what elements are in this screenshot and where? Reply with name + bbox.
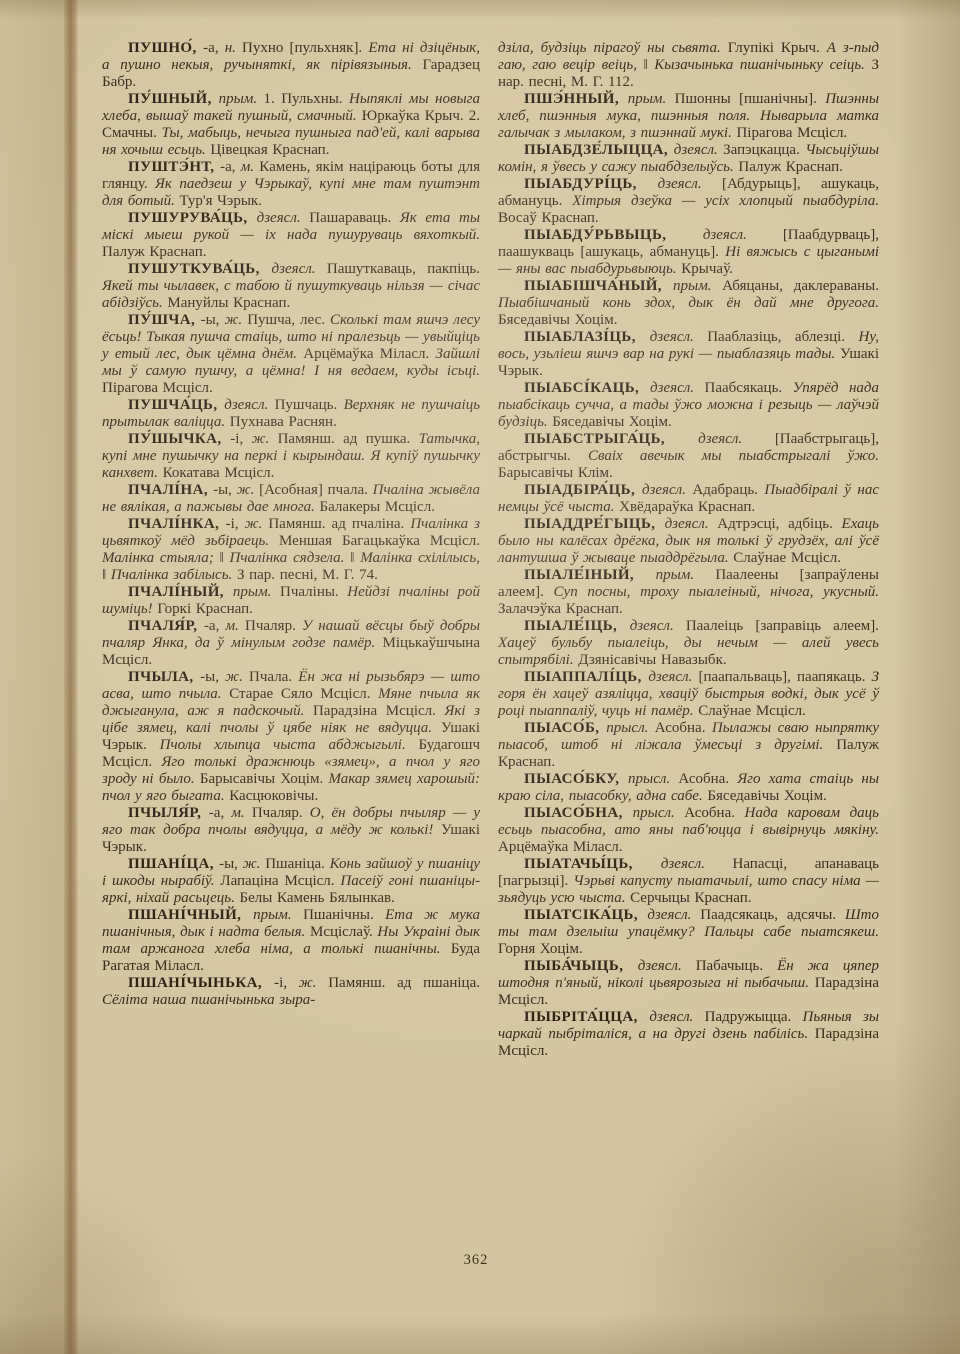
entry-example-text: м. [226, 618, 246, 634]
entry-plain-text: Памянш. ад пчаліна. [268, 516, 410, 532]
dictionary-entry: ПЫАППАЛІ́ЦЬ, дзеясл. [паапальваць], паап… [498, 669, 879, 720]
entry-example-text: Пыабішчаный конь здох, дык ён дай мне др… [498, 295, 879, 311]
entry-plain-text: Тур'я Чэрык. [180, 193, 262, 209]
entry-plain-text: Пірагова Мсцісл. [102, 380, 213, 396]
entry-headword: ПЧЫЛА, [128, 669, 200, 685]
entry-plain-text: Пабачыць. [696, 958, 777, 974]
entry-headword: ПЧАЛІ́НКА, [128, 516, 226, 532]
dictionary-entry: ПЫАБДУРІ́ЦЬ, дзеясл. [Абдурыць], ашукаць… [498, 176, 879, 227]
entry-plain-text: -ы, [219, 856, 243, 872]
entry-plain-text: Пшанічны. [303, 907, 385, 923]
entry-headword: ПЧАЛІ́НА, [128, 482, 213, 498]
left-text-column: ПУШНО́, -а, н. Пухно [пульхняк]. Ета ні … [102, 40, 480, 1009]
entry-plain-text: Арцёмаўка Міласл. [498, 839, 622, 855]
dictionary-entry: ПУШУТКУВА́ЦЬ, дзеясл. Пашуткаваць, пакпі… [102, 261, 480, 312]
dictionary-entry: ПЫБА́ЧЫЦЬ, дзеясл. Пабачыць. Ён жа цяпер… [498, 958, 879, 1009]
entry-plain-text: Хвёдараўка Краснап. [619, 499, 755, 515]
dictionary-entry: ПУ́ШНЫЙ, прым. 1. Пульхны. Ныпяклі мы но… [102, 91, 480, 159]
entry-headword: ПЫАСО́БКУ, [524, 771, 628, 787]
entry-plain-text: Слаўнае Мсцісл. [733, 550, 841, 566]
entry-headword: ПЧАЛІ́НЫЙ, [128, 584, 233, 600]
entry-example-text: ж. [245, 516, 269, 532]
page-number: 362 [0, 1252, 952, 1269]
entry-plain-text: -а, [204, 618, 226, 634]
entry-plain-text: Залачэўка Краснап. [498, 601, 623, 617]
entry-example-text: прым. [233, 584, 280, 600]
entry-plain-text: З пар. песні, М. Г. 74. [237, 567, 378, 583]
entry-plain-text: -ы, [213, 482, 237, 498]
entry-example-text: прым. [628, 91, 675, 107]
entry-plain-text: Глупікі Крыч. [728, 40, 827, 56]
entry-plain-text: Дзянісавічы Навазыбк. [578, 652, 726, 668]
entry-plain-text: [паапальваць], паапякаць. [698, 669, 871, 685]
entry-plain-text: -ы, [200, 669, 225, 685]
dictionary-entry: ПЫАТАЧЫ́ЦЬ, дзеясл. Напасці, апанаваць [… [498, 856, 879, 907]
entry-example-text: Як паедзеш у Чэрыкаў, купі мне там пуштэ… [102, 176, 480, 209]
entry-headword: ПУ́ШЧА, [128, 312, 201, 328]
dictionary-entry: ПЫАБЛАЗІ́ЦЬ, дзеясл. Пааблазіць, аблезці… [498, 329, 879, 380]
entry-example-text: прысл. [628, 771, 678, 787]
entry-headword: ПЫАППАЛІ́ЦЬ, [524, 669, 648, 685]
page-gutter-edge [64, 0, 78, 1354]
entry-example-text: дзеясл. [650, 329, 707, 345]
entry-plain-text: Мануйлы Краснап. [167, 295, 290, 311]
entry-example-text: дзеясл. [649, 1009, 704, 1025]
entry-plain-text: Асобна. [655, 720, 712, 736]
entry-plain-text: Бяседавічы Хоцім. [498, 312, 617, 328]
entry-plain-text: Абяцаны, даклераваны. [722, 278, 879, 294]
entry-example-text: Сваіх авечык мы пыабстрыгалі ўжо. [588, 448, 879, 464]
entry-plain-text: Пашараваць. [309, 210, 400, 226]
dictionary-entry: ПЫАСО́БНА, прысл. Асобна. Нада каровам д… [498, 805, 879, 856]
entry-example-text: прым. [656, 567, 716, 583]
entry-plain-text: 1. Пульхны. [264, 91, 349, 107]
dictionary-entry: ПУ́ШЫЧКА, -і, ж. Памянш. ад пушка. Татыч… [102, 431, 480, 482]
entry-plain-text: Серчыцы Краснап. [630, 890, 751, 906]
entry-plain-text: Кокатава Мсцісл. [163, 465, 275, 481]
entry-example-text: ж. [225, 669, 249, 685]
entry-plain-text: -і, [226, 516, 245, 532]
entry-plain-text: Горкі Краснап. [157, 601, 253, 617]
entry-headword: ПЫАБДУ́РЬВЫЦЬ, [524, 227, 703, 243]
entry-example-text: ж. [252, 431, 278, 447]
entry-headword: ПЫАДДРЕ́ГЫЦЬ, [524, 516, 665, 532]
entry-plain-text: Бяседавічы Хоцім. [552, 414, 671, 430]
dictionary-entry: дзіла, будзіць пірагоў ны сьвята. Глупік… [498, 40, 879, 91]
entry-plain-text: Запэцкацца. [723, 142, 805, 158]
dictionary-entry: ПШАНІ́ЦА, -ы, ж. Пшаніца. Конь зайшоў у … [102, 856, 480, 907]
entry-plain-text: Белы Камень Бялынкав. [240, 890, 395, 906]
dictionary-entry: ПЧАЛІ́НКА, -і, ж. Памянш. ад пчаліна. Пч… [102, 516, 480, 584]
dictionary-entry: ПШАНІ́ЧНЫЙ, прым. Пшанічны. Ета ж мука п… [102, 907, 480, 975]
entry-plain-text: Парадзіна Мсцісл. [313, 703, 445, 719]
entry-plain-text: -і, [230, 431, 251, 447]
entry-plain-text: Старае Сяло Мсцісл. [229, 686, 378, 702]
entry-headword: ПУ́ШНЫЙ, [128, 91, 219, 107]
entry-example-text: прысл. [633, 805, 685, 821]
entry-example-text: прым. [219, 91, 264, 107]
entry-example-text: дзеясл. [665, 516, 718, 532]
entry-headword: ПШЭ́ННЫЙ, [524, 91, 628, 107]
entry-plain-text: Памянш. ад пушка. [278, 431, 419, 447]
entry-headword: ПЫАТАЧЫ́ЦЬ, [524, 856, 661, 872]
entry-plain-text: Адтрэсці, адбіць. [717, 516, 841, 532]
dictionary-entry: ПШЭ́ННЫЙ, прым. Пшонны [пшанічны]. Пшэнн… [498, 91, 879, 142]
entry-example-text: дзеясл. [642, 482, 692, 498]
entry-headword: ПШАНІ́ЧЫНЬКА, [128, 975, 274, 991]
entry-example-text: дзеясл. [661, 856, 733, 872]
entry-example-text: дзеясл. [257, 210, 310, 226]
entry-example-text: дзеясл. [698, 431, 775, 447]
entry-plain-text: Памянш. ад пшаніца. [328, 975, 480, 991]
entry-plain-text: Пушчаць. [275, 397, 344, 413]
entry-example-text: н. [225, 40, 242, 56]
entry-plain-text: Слаўнае Мсцісл. [698, 703, 806, 719]
entry-headword: ПЫБРІТА́ЦЦА, [524, 1009, 649, 1025]
entry-headword: ПЫАБЛАЗІ́ЦЬ, [524, 329, 650, 345]
entry-example-text: дзеясл. [638, 958, 696, 974]
dictionary-entry: ПЫАЛЕ́ІЦЬ, дзеясл. Паалеіць [заправіць а… [498, 618, 879, 669]
entry-plain-text: Крычаў. [681, 261, 733, 277]
entry-plain-text: Падружыцца. [705, 1009, 803, 1025]
dictionary-entry: ПЫАБСТРЫГА́ЦЬ, дзеясл. [Паабстрыгаць], а… [498, 431, 879, 482]
dictionary-entry: ПЧАЛЯ́Р, -а, м. Пчаляр. У нашай вёсцы бы… [102, 618, 480, 669]
entry-headword: ПУШУРУВА́ЦЬ, [128, 210, 257, 226]
dictionary-entry: ПЫБРІТА́ЦЦА, дзеясл. Падружыцца. Пьяныя … [498, 1009, 879, 1060]
entry-plain-text: Паабсякаць. [705, 380, 793, 396]
entry-headword: ПУ́ШЫЧКА, [128, 431, 230, 447]
dictionary-entry: ПУШЧА́ЦЬ, дзеясл. Пушчаць. Верхняк не пу… [102, 397, 480, 431]
entry-headword: ПУШНО́, [128, 40, 203, 56]
entry-plain-text: Пушча, лес. [247, 312, 330, 328]
entry-headword: ПЫАСО́БНА, [524, 805, 633, 821]
entry-plain-text: Пчаляр. [245, 618, 302, 634]
entry-plain-text: Пухно [пульхняк]. [242, 40, 368, 56]
dictionary-entry: ПУШНО́, -а, н. Пухно [пульхняк]. Ета ні … [102, 40, 480, 91]
entry-plain-text: Пухнава Раснян. [230, 414, 337, 430]
entry-plain-text: Пчала. [249, 669, 298, 685]
entry-plain-text: Пчаляр. [252, 805, 310, 821]
entry-headword: ПЫАБДЗЕ́ЛЫЦЦА, [524, 142, 674, 158]
entry-example-text: ж. [224, 312, 247, 328]
entry-plain-text: -а, [220, 159, 241, 175]
entry-headword: ПЫАЛЕ́ІЦЬ, [524, 618, 630, 634]
entry-example-text: дзіла, будзіць пірагоў ны сьвята. [498, 40, 728, 56]
entry-plain-text: -а, [203, 40, 225, 56]
entry-example-text: дзеясл. [630, 618, 686, 634]
entry-headword: ПЫАСО́Б, [524, 720, 606, 736]
entry-example-text: Суп посны, троху пыалеіный, нічога, укус… [554, 584, 879, 600]
entry-plain-text: Балакеры Мсцісл. [320, 499, 435, 515]
entry-headword: ПЫАБСТРЫГА́ЦЬ, [524, 431, 698, 447]
dictionary-entry: ПЫАБДУ́РЬВЫЦЬ, дзеясл. [Паабдурваць], па… [498, 227, 879, 278]
entry-plain-text: Пшаніца. [265, 856, 329, 872]
dictionary-entry: ПЫАЛЕ́ІНЫЙ, прым. Паалеены [запраўлены а… [498, 567, 879, 618]
entry-plain-text: [Асобная] пчала. [259, 482, 373, 498]
entry-example-text: м. [231, 805, 251, 821]
entry-plain-text: Паалеіць [заправіць алеем]. [686, 618, 879, 634]
dictionary-entry: ПЫАБСІ́КАЦЬ, дзеясл. Паабсякаць. Упярёд … [498, 380, 879, 431]
entry-plain-text: Горня Хоцім. [498, 941, 583, 957]
entry-headword: ПЫБА́ЧЫЦЬ, [524, 958, 638, 974]
dictionary-entry: ПЫАБДЗЕ́ЛЫЦЦА, дзеясл. Запэцкацца. Чысьц… [498, 142, 879, 176]
entry-headword: ПЫАЛЕ́ІНЫЙ, [524, 567, 656, 583]
dictionary-entry: ПЧАЛІ́НЫЙ, прым. Пчаліны. Нейдзі пчаліны… [102, 584, 480, 618]
dictionary-entry: ПУШУРУВА́ЦЬ, дзеясл. Пашараваць. Як ета … [102, 210, 480, 261]
dictionary-entry: ПУШТЭ́НТ, -а, м. Камень, якім націраюць … [102, 159, 480, 210]
entry-example-text: дзеясл. [703, 227, 783, 243]
entry-plain-text: Асобна. [678, 771, 737, 787]
entry-plain-text: Асобна. [684, 805, 744, 821]
right-text-column: дзіла, будзіць пірагоў ны сьвята. Глупік… [498, 40, 879, 1060]
entry-headword: ПУШЧА́ЦЬ, [128, 397, 224, 413]
entry-plain-text: Пчаліны. [280, 584, 347, 600]
dictionary-entry: ПЧЫЛА, -ы, ж. Пчала. Ён жа ні рызьбярэ —… [102, 669, 480, 805]
entry-plain-text: Арцёмаўка Міласл. [303, 346, 435, 362]
entry-headword: ПЫАБІШЧА́НЫЙ, [524, 278, 673, 294]
entry-plain-text: Адабраць. [692, 482, 764, 498]
entry-example-text: ж. [299, 975, 328, 991]
entry-example-text: дзеясл. [650, 380, 704, 396]
entry-example-text: Хітрыя дзеўка — усіх хлопцый пыабдуріла. [572, 193, 879, 209]
dictionary-entry: ПУ́ШЧА, -ы, ж. Пушча, лес. Сколькі там я… [102, 312, 480, 397]
entry-example-text: Сёліта наша пшанічынька зыра- [102, 992, 315, 1008]
entry-plain-text: Бяседавічы Хоцім. [707, 788, 826, 804]
entry-plain-text: Пааблазіць, аблезці. [707, 329, 858, 345]
entry-plain-text: Касцюковічы. [229, 788, 318, 804]
entry-example-text: дзеясл. [658, 176, 722, 192]
entry-plain-text: Лапаціна Мсцісл. [220, 873, 340, 889]
dictionary-entry: ПЫАБІШЧА́НЫЙ, прым. Абяцаны, даклераваны… [498, 278, 879, 329]
entry-headword: ПЫАБДУРІ́ЦЬ, [524, 176, 658, 192]
dictionary-entry: ПЫАСО́БКУ, прысл. Асобна. Яго хата стаіц… [498, 771, 879, 805]
entry-headword: ПЫАДБІРА́ЦЬ, [524, 482, 642, 498]
entry-plain-text: Палуж Краснап. [102, 244, 207, 260]
entry-example-text: м. [241, 159, 260, 175]
entry-example-text: дзеясл. [647, 907, 700, 923]
entry-headword: ПШАНІ́ЦА, [128, 856, 219, 872]
entry-example-text: дзеясл. [224, 397, 274, 413]
entry-example-text: дзеясл. [272, 261, 327, 277]
entry-plain-text: Меншая Багацькаўка Мсцісл. [279, 533, 480, 549]
entry-headword: ПШАНІ́ЧНЫЙ, [128, 907, 253, 923]
entry-example-text: Якей ты чылавек, с табою й пушуткуваць н… [102, 278, 480, 311]
entry-plain-text: Барысавічы Хоцім. [200, 771, 329, 787]
entry-plain-text: Пшонны [пшанічны]. [675, 91, 826, 107]
dictionary-entry: ПШАНІ́ЧЫНЬКА, -і, ж. Памянш. ад пшаніца.… [102, 975, 480, 1009]
entry-example-text: ж. [237, 482, 259, 498]
entry-plain-text: -і, [274, 975, 299, 991]
dictionary-entry: ПЫАТСІКА́ЦЬ, дзеясл. Паадсякаць, адсячы.… [498, 907, 879, 958]
dictionary-entry: ПЧАЛІ́НА, -ы, ж. [Асобная] пчала. Пчалін… [102, 482, 480, 516]
entry-example-text: ж. [243, 856, 265, 872]
scanned-dictionary-page: ПУШНО́, -а, н. Пухно [пульхняк]. Ета ні … [0, 0, 960, 1354]
entry-headword: ПЫАБСІ́КАЦЬ, [524, 380, 650, 396]
entry-headword: ПУШУТКУВА́ЦЬ, [128, 261, 272, 277]
dictionary-entry: ПЫАДДРЕ́ГЫЦЬ, дзеясл. Адтрэсці, адбіць. … [498, 516, 879, 567]
entry-example-text: Пчолы хлыпца чыста абджыгылі. [160, 737, 419, 753]
entry-headword: ПЫАТСІКА́ЦЬ, [524, 907, 647, 923]
entry-plain-text: Пірагова Мсцісл. [736, 125, 847, 141]
page-left-margin [0, 0, 64, 1354]
entry-plain-text: Пашуткаваць, пакпіць. [327, 261, 480, 277]
entry-headword: ПЧЫЛЯ́Р, [128, 805, 209, 821]
dictionary-entry: ПЫАДБІРА́ЦЬ, дзеясл. Адабраць. Пыадбірал… [498, 482, 879, 516]
entry-plain-text: Палуж Краснап. [738, 159, 843, 175]
entry-plain-text: Цівецкая Краснап. [210, 142, 329, 158]
dictionary-entry: ПЫАСО́Б, прысл. Асобна. Пылажы сваю ныпр… [498, 720, 879, 771]
entry-headword: ПУШТЭ́НТ, [128, 159, 220, 175]
dictionary-entry: ПЧЫЛЯ́Р, -а, м. Пчаляр. О, ён добры пчыл… [102, 805, 480, 856]
entry-plain-text: -ы, [201, 312, 225, 328]
entry-plain-text: Мсціслаў. [310, 924, 377, 940]
entry-example-text: прым. [253, 907, 303, 923]
entry-example-text: прысл. [606, 720, 655, 736]
entry-example-text: прым. [673, 278, 722, 294]
entry-plain-text: -а, [209, 805, 232, 821]
entry-example-text: дзеясл. [648, 669, 698, 685]
entry-plain-text: Барысавічы Клім. [498, 465, 613, 481]
entry-example-text: дзеясл. [674, 142, 723, 158]
entry-headword: ПЧАЛЯ́Р, [128, 618, 204, 634]
entry-plain-text: Восаў Краснап. [498, 210, 599, 226]
entry-plain-text: Паадсякаць, адсячы. [700, 907, 845, 923]
